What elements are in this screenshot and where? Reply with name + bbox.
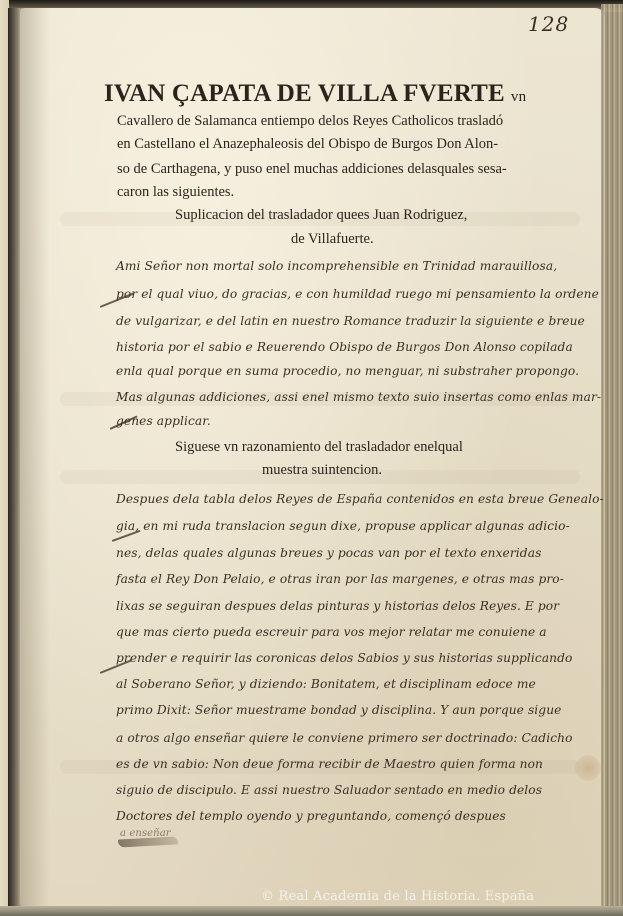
handwritten-line: historia por el sabio e Reuerendo Obispo… [116,340,573,354]
heading-razonamiento-line2: muestra suintencion. [262,462,382,479]
paper-stain [575,755,601,781]
book-bottom-edge [0,906,623,916]
handwritten-line: genes applicar. [116,414,211,428]
handwritten-line: prender e requirir las coronicas delos S… [116,651,572,665]
handwritten-line: es de vn sabio: Non deue forma recibir d… [116,757,543,771]
page-curve-shadow [20,8,50,908]
handwritten-line: siguio de discipulo. E assi nuestro Salu… [116,783,542,797]
handwritten-line: de vulgarizar, e del latin en nuestro Ro… [116,314,585,328]
title-tail: vn [511,89,526,105]
document-title: IVAN ÇAPATA DE VILLA FVERTEvn [104,80,526,108]
heading-suplicacion: Suplicacion del trasladador quees Juan R… [175,207,467,224]
handwritten-line: gia, en mi ruda translacion segun dixe, … [116,519,570,533]
heading-razonamiento: Siguese vn razonamiento del trasladador … [175,439,463,456]
handwritten-line: enla qual porque en suma procedio, no me… [116,364,579,378]
title-main: IVAN ÇAPATA DE VILLA FVERTE [104,80,505,107]
intro-line: en Castellano el Anazephaleosis del Obis… [117,136,498,153]
handwritten-line: por el qual viuo, do gracias, e con humi… [116,287,599,301]
handwritten-line: lixas se seguiran despues delas pinturas… [116,599,559,613]
handwritten-line: Despues dela tabla delos Reyes de España… [116,492,604,506]
handwritten-line: nes, delas quales algunas breues y pocas… [116,546,541,560]
handwritten-line: primo Dixit: Señor muestrame bondad y di… [116,703,561,717]
catchword: a enseñar [120,828,171,839]
handwritten-line: a otros algo enseñar quiere le conviene … [116,731,573,745]
handwritten-line: Doctores del templo oyendo y preguntando… [116,809,506,823]
page-fore-edge [601,4,623,910]
handwritten-line: Ami Señor non mortal solo incomprehensib… [116,259,557,273]
heading-suplicacion-line2: de Villafuerte. [291,231,374,248]
folio-number: 128 [528,12,569,36]
handwritten-line: que mas cierto pueda escreuir para vos m… [116,625,547,639]
copyright-watermark: © Real Academia de la Historia. España [261,889,534,904]
handwritten-line: al Soberano Señor, y diziendo: Bonitatem… [116,677,536,691]
handwritten-line: Mas algunas addiciones, assi enel mismo … [116,390,601,404]
intro-line: caron las siguientes. [117,184,234,201]
intro-line: Cavallero de Salamanca entiempo delos Re… [117,113,503,130]
handwritten-line: fasta el Rey Don Pelaio, e otras iran po… [116,572,564,586]
intro-line: so de Carthagena, y puso enel muchas add… [117,161,507,178]
